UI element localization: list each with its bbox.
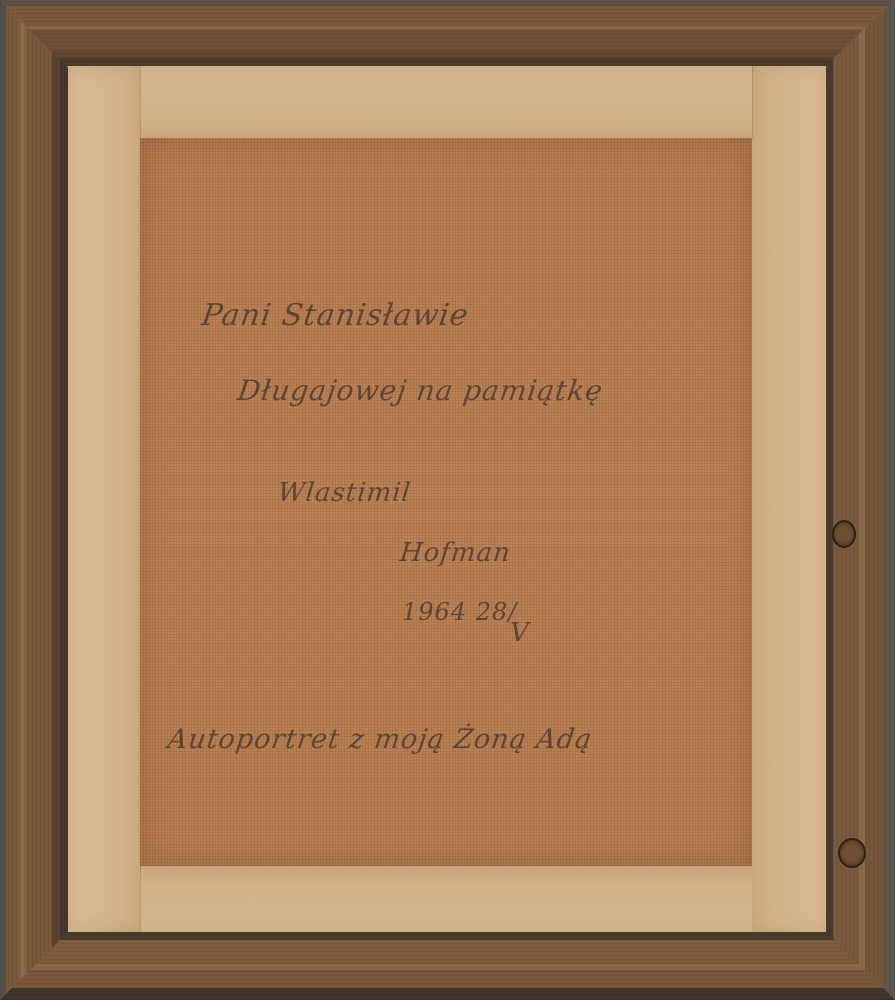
paper-tape-top — [68, 66, 825, 138]
inscription-first-name: Wlastimil — [276, 478, 412, 508]
inscription-dedication: Pani Stanisławie — [200, 298, 472, 333]
inscription-surname: Hofman — [398, 538, 512, 568]
frame-bottom-rail — [0, 930, 895, 1000]
paper-tape-left — [68, 66, 140, 932]
inscription-title: Autoportret z moją Żoną Adą — [166, 724, 595, 755]
frame-top-rail — [0, 0, 895, 66]
canvas-back: Pani Stanisławie Długajowej na pamiątkę … — [140, 138, 752, 866]
tape-seam — [140, 66, 141, 138]
tape-seam — [752, 66, 753, 138]
inscription-date: 1964 28/ — [402, 598, 517, 626]
frame-left-rail — [0, 0, 68, 1000]
inscription-date-month: V — [510, 618, 530, 648]
wood-knot — [832, 520, 856, 548]
picture-frame: Pani Stanisławie Długajowej na pamiątkę … — [0, 0, 895, 1000]
tape-seam — [140, 866, 141, 932]
paper-tape-right — [752, 66, 826, 932]
wood-knot — [838, 838, 866, 868]
paper-tape-bottom — [68, 866, 825, 932]
inscription-dedication-cont: Długajowej na pamiątkę — [236, 374, 606, 407]
